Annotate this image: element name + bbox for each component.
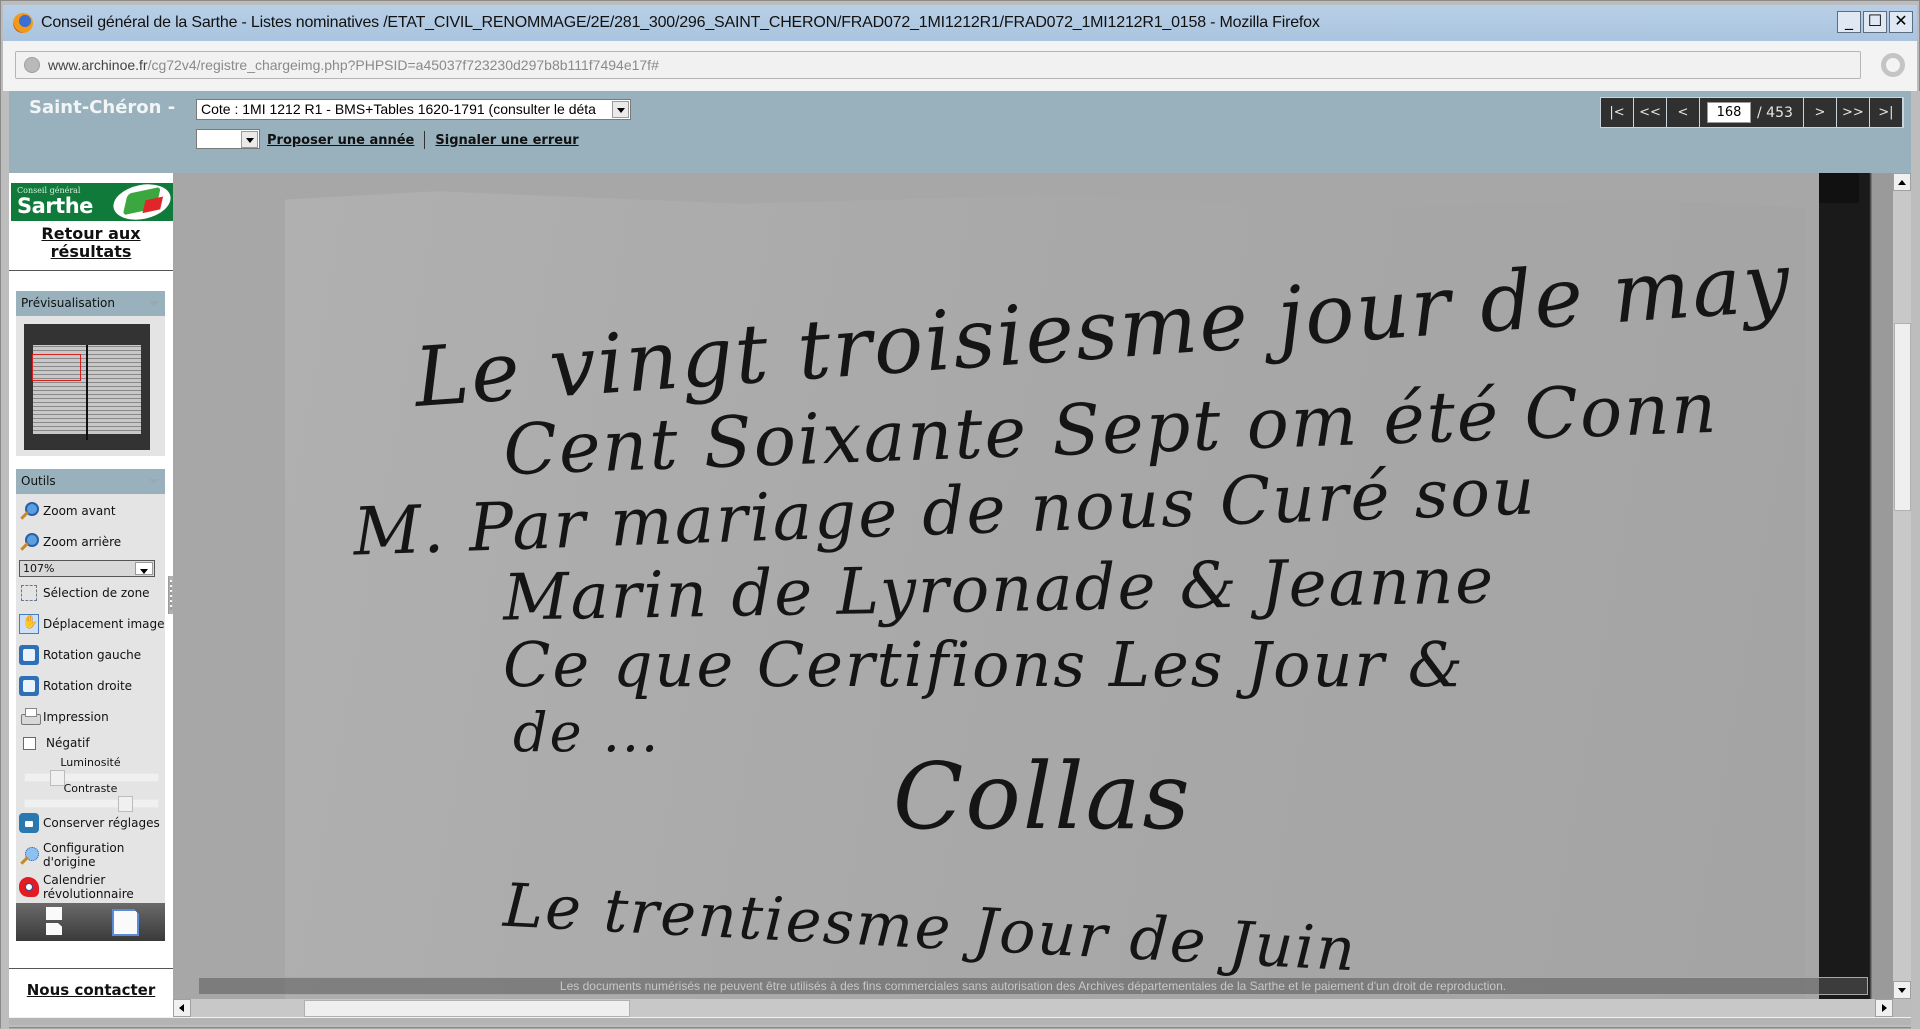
calendar-icon [19,877,39,897]
window-border-left [1,91,9,1028]
print-tool[interactable]: Impression [19,706,109,728]
negative-checkbox[interactable] [23,737,36,750]
fast-back-button[interactable]: << [1634,98,1667,127]
window-bottom-border [9,1017,1911,1025]
pan-image-tool[interactable]: Déplacement image [19,613,164,635]
header-links: Proposer une année Signaler une erreur [267,131,579,149]
zoom-level-value: 107% [23,562,54,575]
zoom-in-icon [19,501,39,521]
report-error-link[interactable]: Signaler une erreur [435,133,578,148]
logo-title: Sarthe [17,194,93,218]
double-page-view-icon[interactable] [46,907,62,937]
reset-config-tool[interactable]: Configuration d'origine [19,840,139,870]
brightness-label: Luminosité [16,756,165,769]
contact-link[interactable]: Nous contacter [9,981,173,999]
cote-select[interactable]: Cote : 1MI 1212 R1 - BMS+Tables 1620-179… [196,99,631,120]
page-navigator: |< << < 168 / 453 > >> >| [1600,97,1904,128]
horizontal-scrollbar[interactable] [173,999,1893,1017]
commune-title: Saint-Chéron - [29,97,175,118]
tool-label: Configuration d'origine [43,841,139,869]
url-bar[interactable]: www.archinoe.fr/cg72v4/registre_chargeim… [15,51,1861,79]
maximize-button[interactable]: ☐ [1863,11,1887,33]
negative-toggle[interactable]: Négatif [19,732,90,754]
contrast-slider[interactable] [24,799,159,808]
zoom-out-tool[interactable]: Zoom arrière [19,531,121,553]
next-page-button[interactable]: > [1804,98,1837,127]
previous-page-button[interactable]: < [1667,98,1700,127]
close-button[interactable]: ✕ [1889,11,1913,33]
tool-label: Rotation gauche [43,648,141,662]
window-controls: _ ☐ ✕ [1837,11,1913,33]
printer-icon [19,707,39,727]
selection-icon [21,585,37,601]
zoom-out-icon [19,532,39,552]
rotate-right-icon [19,676,39,696]
page-total: / 453 [1757,105,1793,121]
scroll-left-arrow-icon[interactable] [173,999,191,1017]
scroll-down-arrow-icon[interactable] [1893,981,1911,999]
last-page-button[interactable]: >| [1870,98,1903,127]
page-binding [1819,173,1893,999]
sidebar: Conseil général Sarthe Retour aux résult… [9,173,173,1022]
page-number-input[interactable]: 168 [1707,102,1751,123]
fast-forward-button[interactable]: >> [1837,98,1870,127]
cote-select-value: Cote : 1MI 1212 R1 - BMS+Tables 1620-179… [201,101,596,117]
page-thumbnail[interactable] [24,324,150,450]
tools-panel: Zoom avant Zoom arrière 107% Sélection d… [16,494,165,923]
revolutionary-calendar-tool[interactable]: Calendrier révolutionnaire [19,872,149,902]
viewport-indicator[interactable] [32,354,81,381]
brightness-slider[interactable] [24,773,159,782]
zone-selection-tool[interactable]: Sélection de zone [19,582,150,604]
tools-panel-title: Outils [21,474,56,488]
lock-icon [19,813,39,833]
tool-label: Zoom arrière [43,535,121,549]
site-identity-icon[interactable] [24,57,40,73]
chevron-down-icon[interactable] [149,301,159,306]
horizontal-scroll-thumb[interactable] [304,1000,630,1017]
zoom-in-tool[interactable]: Zoom avant [19,500,116,522]
tool-label: Calendrier révolutionnaire [43,873,149,901]
year-select[interactable] [196,129,260,149]
divider [9,270,173,271]
back-to-results-link[interactable]: Retour aux résultats [9,225,173,261]
url-text[interactable]: www.archinoe.fr/cg72v4/registre_chargeim… [48,57,659,73]
tools-panel-header[interactable]: Outils [16,469,165,494]
preview-panel [16,316,165,456]
rotate-left-tool[interactable]: Rotation gauche [19,644,141,666]
url-domain: www.archinoe.fr [48,57,148,73]
window-title: Conseil général de la Sarthe - Listes no… [41,14,1320,32]
preview-panel-title: Prévisualisation [21,296,115,310]
navigation-toolbar: www.archinoe.fr/cg72v4/registre_chargeim… [3,41,1917,91]
title-bar: Conseil général de la Sarthe - Listes no… [3,5,1917,41]
vertical-scroll-thumb[interactable] [1894,323,1911,511]
view-mode-bar [16,903,165,941]
hand-icon [19,614,39,634]
contrast-label: Contraste [16,782,165,795]
url-path: /cg72v4/registre_chargeimg.php?PHPSID=a4… [148,57,659,73]
tool-label: Impression [43,710,109,724]
browser-window: Conseil général de la Sarthe - Listes no… [0,0,1920,1028]
scroll-right-arrow-icon[interactable] [1875,999,1893,1017]
handwriting-line: Ce que Certifions Les Jour & [503,628,1465,701]
tool-label: Négatif [46,736,90,750]
window-border-right [1911,91,1920,1028]
chevron-down-icon[interactable] [241,131,258,148]
divider [9,968,173,969]
chevron-down-icon[interactable] [612,101,629,118]
reload-icon[interactable] [1881,53,1905,77]
sarthe-logo: Conseil général Sarthe [11,183,173,221]
rotate-left-icon [19,645,39,665]
keep-settings-tool[interactable]: Conserver réglages [19,812,160,834]
firefox-icon [13,13,33,33]
first-page-button[interactable]: |< [1601,98,1634,127]
usage-disclaimer: Les documents numérisés ne peuvent être … [198,977,1868,995]
rotate-right-tool[interactable]: Rotation droite [19,675,132,697]
tool-label: Sélection de zone [43,586,150,600]
page-header: Saint-Chéron - Cote : 1MI 1212 R1 - BMS+… [9,91,1911,173]
tool-label: Rotation droite [43,679,132,693]
contrast-slider-thumb[interactable] [118,796,133,812]
preview-panel-header[interactable]: Prévisualisation [16,291,165,316]
minimize-button[interactable]: _ [1837,11,1861,33]
config-icon [19,845,39,865]
tool-label: Déplacement image [43,617,164,631]
thumbnail-fold [86,345,88,440]
signature: Collas [893,743,1192,850]
image-viewer[interactable]: Le vingt troisiesme jour de may Cent Soi… [173,173,1893,999]
document-image[interactable]: Le vingt troisiesme jour de may Cent Soi… [173,173,1893,999]
sarthe-emblem-icon [110,183,173,221]
zoom-level-select[interactable]: 107% [19,560,155,577]
chevron-down-icon[interactable] [135,562,153,575]
handwriting-line: de ... [513,701,660,764]
propose-year-link[interactable]: Proposer une année [267,133,414,148]
link-separator [424,131,425,149]
tool-label: Zoom avant [43,504,116,518]
vertical-scrollbar[interactable] [1893,173,1911,999]
single-page-view-icon[interactable] [112,909,139,936]
scroll-up-arrow-icon[interactable] [1893,173,1911,191]
page-counter: 168 / 453 [1700,98,1804,127]
chevron-down-icon[interactable] [149,479,159,484]
tool-label: Conserver réglages [43,816,160,830]
